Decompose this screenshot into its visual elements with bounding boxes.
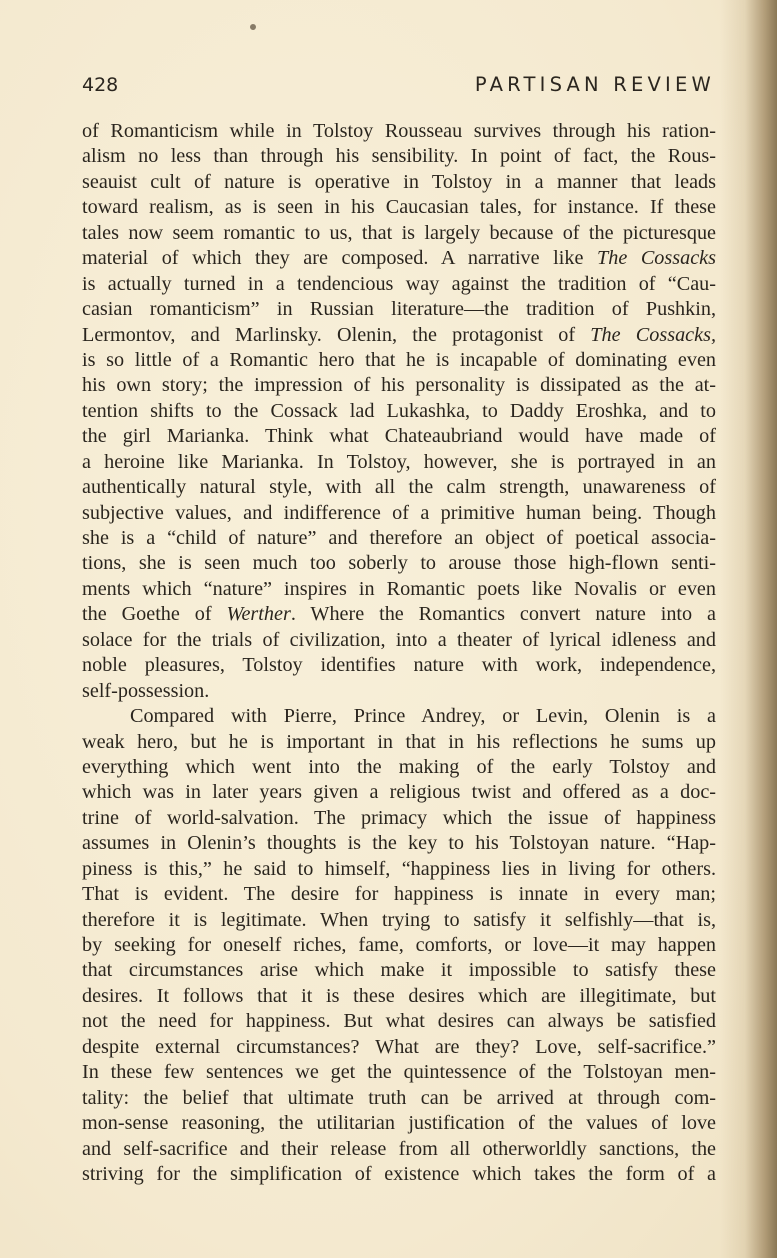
- text-segment: Lermontov, and Marlinsky. Olenin, the pr…: [82, 324, 590, 346]
- text-line: self-possession.: [82, 679, 716, 704]
- text-line: material of which they are composed. A n…: [82, 246, 716, 271]
- text-line: mon-sense reasoning, the utilitarian jus…: [82, 1111, 716, 1136]
- text-line: tality: the belief that ultimate truth c…: [82, 1086, 716, 1111]
- text-line: In these few sentences we get the quinte…: [82, 1060, 716, 1085]
- text-line: tions, she is seen much too soberly to a…: [82, 551, 716, 576]
- text-line: she is a “child of nature” and therefore…: [82, 526, 716, 551]
- journal-title: PARTISAN REVIEW: [475, 73, 715, 96]
- book-title-italic: Werther: [227, 603, 291, 625]
- text-line: not the need for happiness. But what des…: [82, 1009, 716, 1034]
- text-line: Compared with Pierre, Prince Andrey, or …: [82, 704, 716, 729]
- text-line: therefore it is legitimate. When trying …: [82, 908, 716, 933]
- text-line: the Goethe of Werther. Where the Romanti…: [82, 602, 716, 627]
- text-line: despite external circumstances? What are…: [82, 1035, 716, 1060]
- text-line: a heroine like Marianka. In Tolstoy, how…: [82, 450, 716, 475]
- book-title-italic: The Cossacks,: [590, 324, 716, 346]
- text-line: everything which went into the making of…: [82, 755, 716, 780]
- text-line: subjective values, and indifference of a…: [82, 501, 716, 526]
- text-line: tention shifts to the Cossack lad Lukash…: [82, 399, 716, 424]
- paragraph-2: Compared with Pierre, Prince Andrey, or …: [82, 704, 716, 1187]
- text-line: of Romanticism while in Tolstoy Rousseau…: [82, 119, 716, 144]
- book-page: 428 PARTISAN REVIEW of Romanticism while…: [0, 0, 777, 1258]
- text-line: is actually turned in a tendencious way …: [82, 272, 716, 297]
- paragraph-1: of Romanticism while in Tolstoy Rousseau…: [82, 119, 716, 704]
- text-line: his own story; the impression of his per…: [82, 373, 716, 398]
- text-line: weak hero, but he is important in that i…: [82, 730, 716, 755]
- text-line: noble pleasures, Tolstoy identifies natu…: [82, 653, 716, 678]
- text-line: tales now seem romantic to us, that is l…: [82, 221, 716, 246]
- text-line: solace for the trials of civilization, i…: [82, 628, 716, 653]
- text-segment: material of which they are composed. A n…: [82, 247, 597, 269]
- text-line: Lermontov, and Marlinsky. Olenin, the pr…: [82, 323, 716, 348]
- text-line: alism no less than through his sensibili…: [82, 144, 716, 169]
- text-line: striving for the simplification of exist…: [82, 1162, 716, 1187]
- ink-speck: [250, 24, 256, 30]
- text-line: desires. It follows that it is these des…: [82, 984, 716, 1009]
- book-title-italic: The Cossacks: [597, 247, 716, 269]
- page-number: 428: [82, 74, 118, 96]
- text-segment: . Where the Romantics convert nature int…: [291, 603, 716, 625]
- text-line: seauist cult of nature is operative in T…: [82, 170, 716, 195]
- text-line: toward realism, as is seen in his Caucas…: [82, 195, 716, 220]
- text-line: assumes in Olenin’s thoughts is the key …: [82, 831, 716, 856]
- text-line: which was in later years given a religio…: [82, 780, 716, 805]
- text-line: authentically natural style, with all th…: [82, 475, 716, 500]
- text-line: is so little of a Romantic hero that he …: [82, 348, 716, 373]
- text-line: by seeking for oneself riches, fame, com…: [82, 933, 716, 958]
- text-segment: the Goethe of: [82, 603, 227, 625]
- running-head: 428 PARTISAN REVIEW: [82, 73, 715, 101]
- text-line: ments which “nature” inspires in Romanti…: [82, 577, 716, 602]
- text-line: That is evident. The desire for happines…: [82, 882, 716, 907]
- text-line: trine of world-salvation. The primacy wh…: [82, 806, 716, 831]
- text-line: and self-sacrifice and their release fro…: [82, 1137, 716, 1162]
- body-text: of Romanticism while in Tolstoy Rousseau…: [82, 119, 716, 1187]
- text-line: the girl Marianka. Think what Chateaubri…: [82, 424, 716, 449]
- text-line: piness is this,” he said to himself, “ha…: [82, 857, 716, 882]
- text-line: casian romanticism” in Russian literatur…: [82, 297, 716, 322]
- text-line: that circumstances arise which make it i…: [82, 958, 716, 983]
